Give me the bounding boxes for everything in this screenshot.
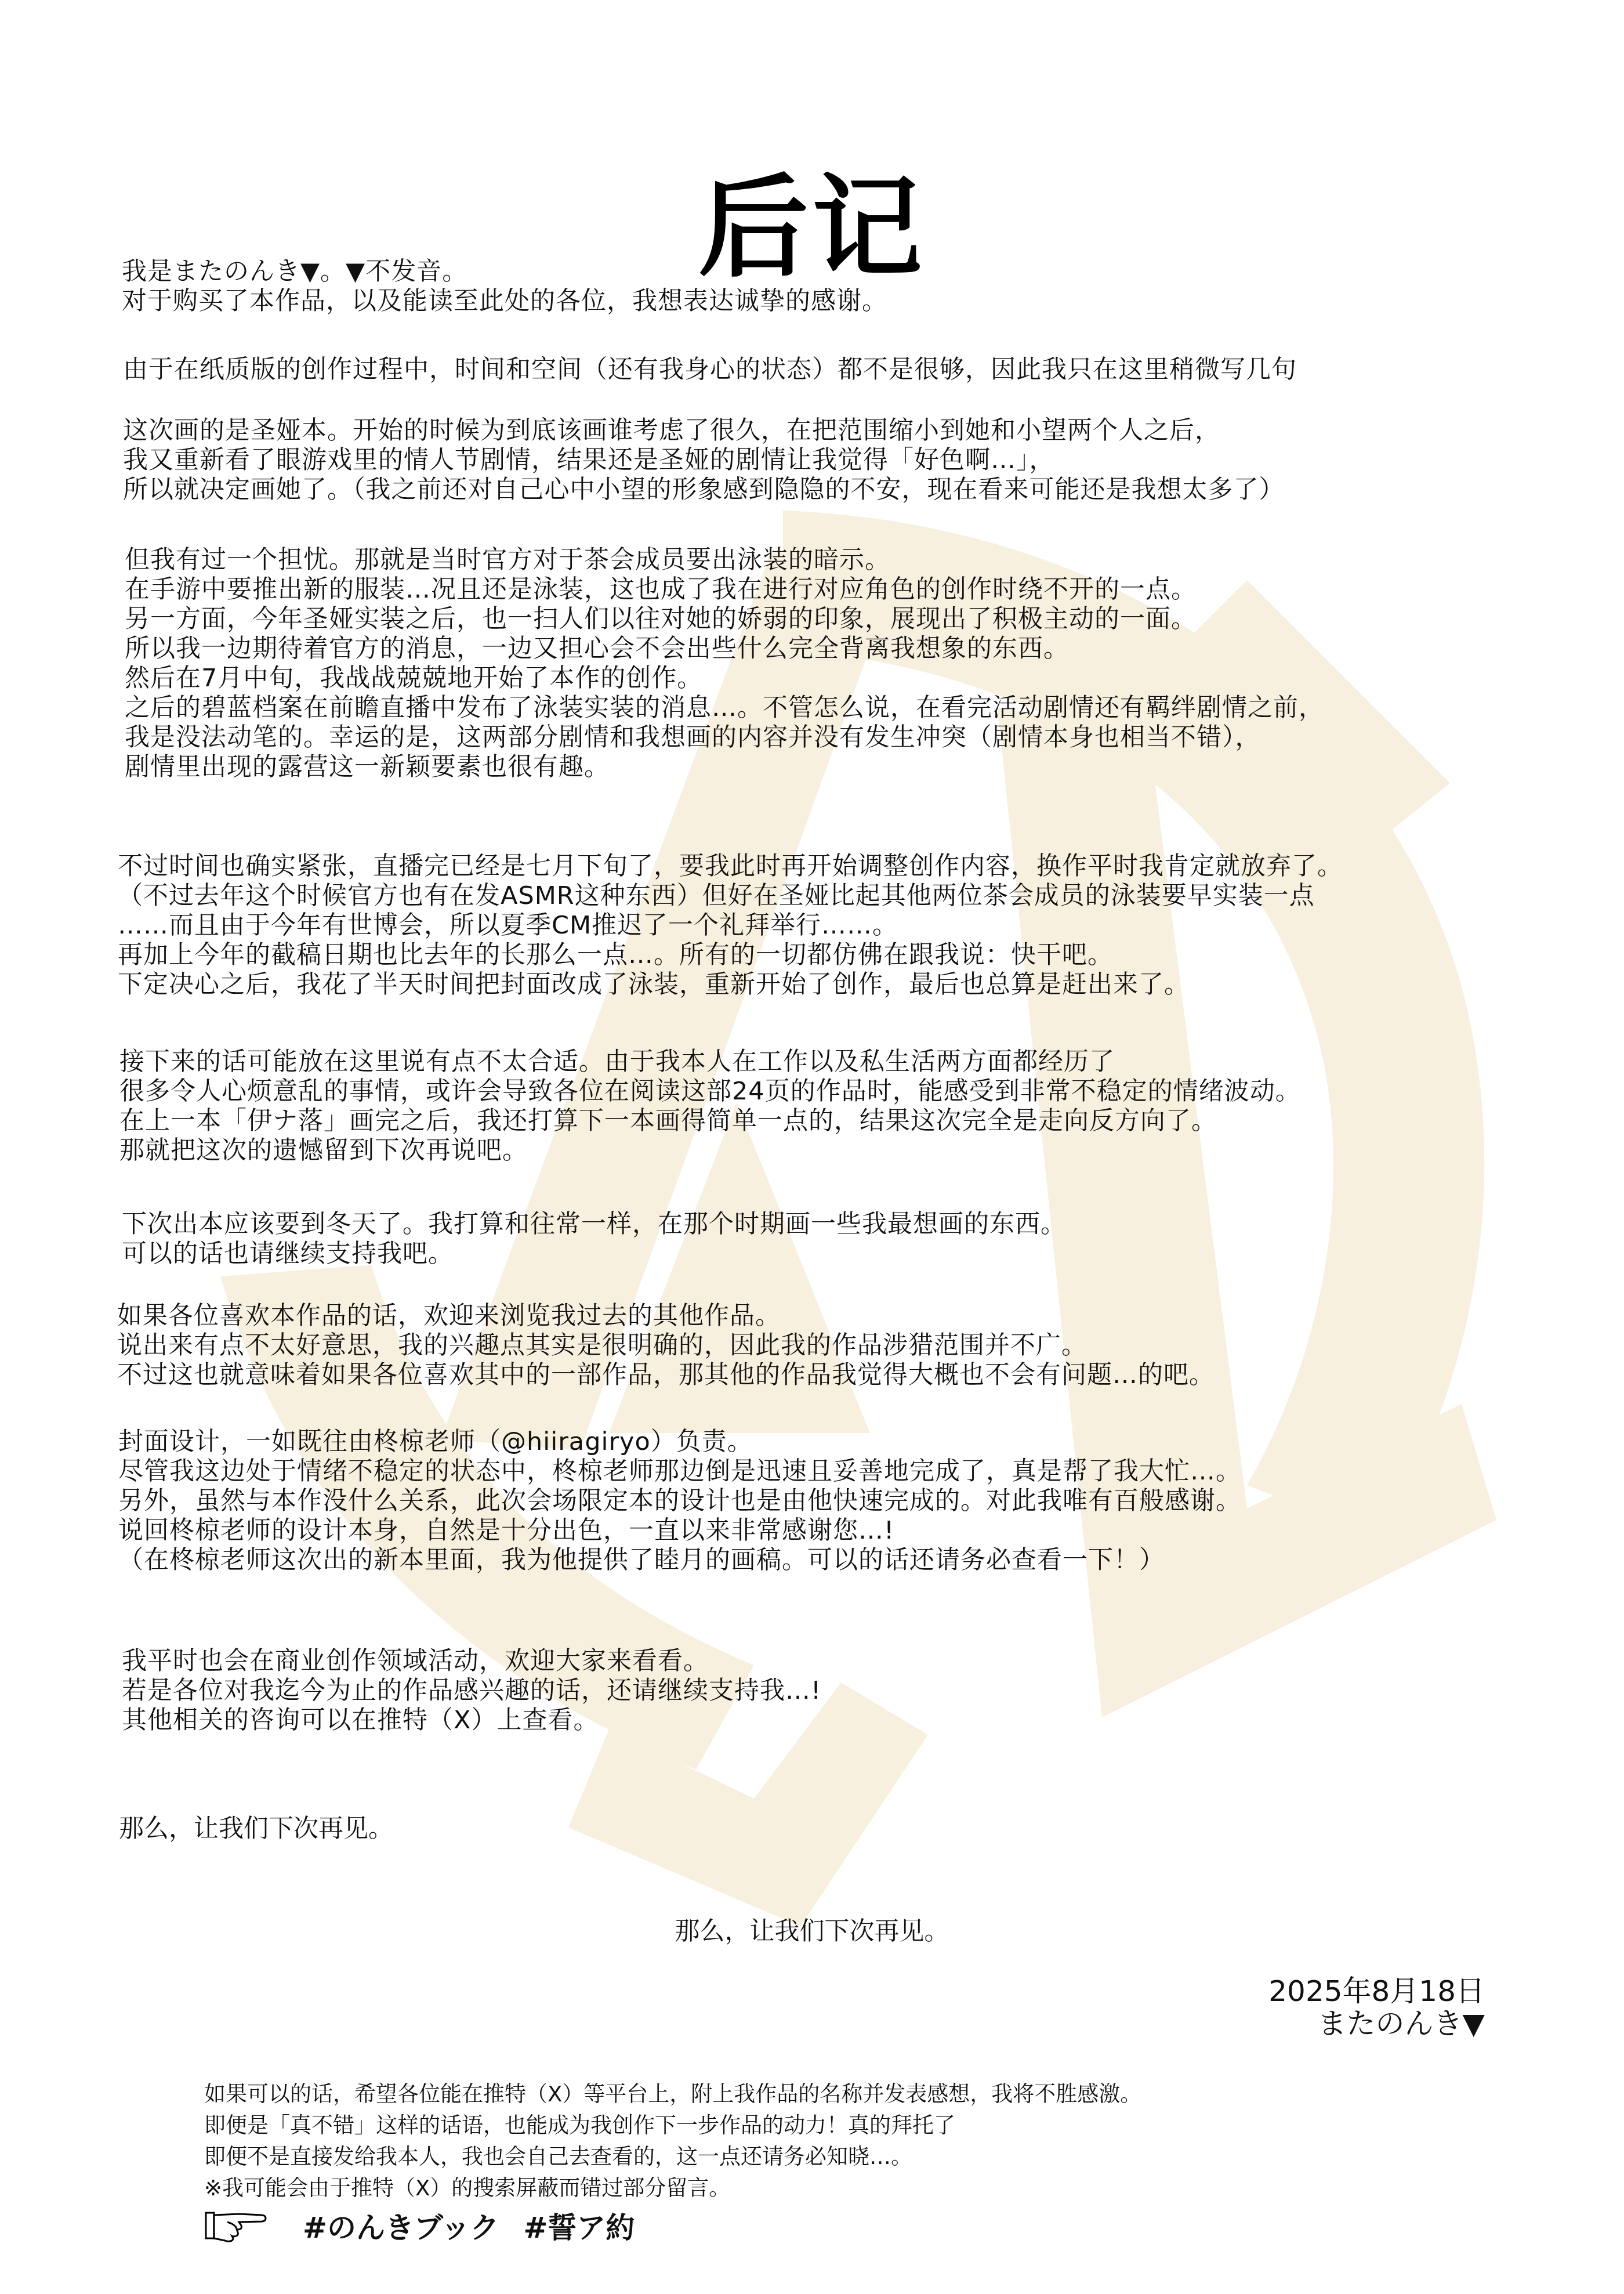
text-line: 说回柊椋老师的设计本身，自然是十分出色，一直以来非常感谢您…! bbox=[118, 1516, 1241, 1546]
text-line: 之后的碧蓝档案在前瞻直播中发布了泳装实装的消息…。不管怎么说，在看完活动剧情还有… bbox=[125, 693, 1324, 723]
text-line: 所以就决定画她了。（我之前还对自己心中小望的形象感到隐隐的不安，现在看来可能还是… bbox=[123, 475, 1285, 505]
text-line: 但我有过一个担忧。那就是当时官方对于茶会成员要出泳装的暗示。 bbox=[125, 545, 1324, 575]
text-line: 剧情里出现的露营这一新颖要素也很有趣。 bbox=[125, 752, 1324, 782]
text-line: ……而且由于今年有世博会，所以夏季CM推迟了一个礼拜举行……。 bbox=[118, 911, 1343, 940]
paragraph-intro: 我是またのんき▼。▼不发音。 对于购买了本作品，以及能读至此处的各位，我想表达诚… bbox=[122, 257, 887, 316]
text-line: 另外，虽然与本作没什么关系，此次会场限定本的设计也是由他快速完成的。对此我唯有百… bbox=[118, 1486, 1241, 1516]
paragraph-next-release: 下次出本应该要到冬天了。我打算和往常一样，在那个时期画一些我最想画的东西。 可以… bbox=[122, 1210, 1066, 1269]
text-line: 在上一本「伊ナ落」画完之后，我还打算下一本画得简单一点的，结果这次完全是走向反方… bbox=[119, 1106, 1301, 1136]
text-line: 所以我一边期待着官方的消息，一边又担心会不会出些什么完全背离我想象的东西。 bbox=[125, 634, 1324, 664]
paragraph-cover-design: 封面设计，一如既往由柊椋老师（@hiiragiryo）负责。 尽管我这边处于情绪… bbox=[118, 1427, 1241, 1575]
text-line: 由于在纸质版的创作过程中，时间和空间（还有我身心的状态）都不是很够，因此我只在这… bbox=[123, 355, 1297, 385]
text-line: 这次画的是圣娅本。开始的时候为到底该画谁考虑了很久，在把范围缩小到她和小望两个人… bbox=[123, 416, 1285, 446]
text-line: 然后在7月中旬，我战战兢兢地开始了本作的创作。 bbox=[125, 664, 1324, 693]
text-line: 尽管我这边处于情绪不稳定的状态中，柊椋老师那边倒是迅速且妥善地完成了，真是帮了我… bbox=[118, 1457, 1241, 1486]
text-line: 很多令人心烦意乱的事情，或许会导致各位在阅读这部24页的作品时，能感受到非常不稳… bbox=[119, 1077, 1301, 1106]
text-line: 下次出本应该要到冬天了。我打算和往常一样，在那个时期画一些我最想画的东西。 bbox=[122, 1210, 1066, 1239]
signature-date: 2025年8月18日 bbox=[1268, 1975, 1485, 2007]
text-line: 另一方面，今年圣娅实装之后，也一扫人们以往对她的娇弱的印象，展现出了积极主动的一… bbox=[125, 605, 1324, 634]
afterword-page: 后记 我是またのんき▼。▼不发音。 对于购买了本作品，以及能读至此处的各位，我想… bbox=[0, 0, 1624, 2294]
text-line: 如果各位喜欢本作品的话，欢迎来浏览我过去的其他作品。 bbox=[117, 1301, 1215, 1331]
text-line: 不过时间也确实紧张，直播完已经是七月下旬了，要我此时再开始调整创作内容，换作平时… bbox=[118, 852, 1343, 881]
text-line: 我平时也会在商业创作领域活动，欢迎大家来看看。 bbox=[122, 1647, 821, 1676]
paragraph-time-note: 由于在纸质版的创作过程中，时间和空间（还有我身心的状态）都不是很够，因此我只在这… bbox=[123, 355, 1297, 385]
paragraph-swimsuit-worry: 但我有过一个担忧。那就是当时官方对于茶会成员要出泳装的暗示。 在手游中要推出新的… bbox=[125, 545, 1324, 782]
paragraph-past-works: 如果各位喜欢本作品的话，欢迎来浏览我过去的其他作品。 说出来有点不太好意思，我的… bbox=[117, 1301, 1215, 1390]
text-line: 那就把这次的遗憾留到下次再说吧。 bbox=[119, 1136, 1301, 1166]
closing-line-center: 那么，让我们下次再见。 bbox=[0, 1912, 1624, 1947]
hashtag-row: #のんきブック #誓ア約 bbox=[204, 2205, 659, 2246]
note-line: 即便不是直接发给我本人，我也会自己去查看的，这一点还请务必知晓…。 bbox=[204, 2141, 1141, 2173]
note-line: 即便是「真不错」这样的话语，也能成为我创作下一步作品的动力！真的拜托了 bbox=[204, 2110, 1141, 2141]
paragraph-commercial: 我平时也会在商业创作领域活动，欢迎大家来看看。 若是各位对我迄今为止的作品感兴趣… bbox=[122, 1647, 821, 1735]
closing-line-left: 那么，让我们下次再见。 bbox=[119, 1809, 393, 1844]
text-line: 可以的话也请继续支持我吧。 bbox=[122, 1239, 1066, 1269]
pointing-hand-icon bbox=[204, 2208, 268, 2243]
text-line: 我是またのんき▼。▼不发音。 bbox=[122, 257, 887, 287]
text-line: 我是没法动笔的。幸运的是，这两部分剧情和我想画的内容并没有发生冲突（剧情本身也相… bbox=[125, 723, 1324, 752]
text-line: 再加上今年的截稿日期也比去年的长那么一点…。所有的一切都仿佛在跟我说：快干吧。 bbox=[118, 940, 1343, 970]
footer-note: 如果可以的话，希望各位能在推特（X）等平台上，附上我作品的名称并发表感想，我将不… bbox=[204, 2079, 1141, 2204]
text-line: 对于购买了本作品，以及能读至此处的各位，我想表达诚挚的感谢。 bbox=[122, 287, 887, 316]
paragraph-personal: 接下来的话可能放在这里说有点不太合适。由于我本人在工作以及私生活两方面都经历了 … bbox=[119, 1047, 1301, 1166]
text-line: 封面设计，一如既往由柊椋老师（@hiiragiryo）负责。 bbox=[118, 1427, 1241, 1457]
text-line: （在柊椋老师这次出的新本里面，我为他提供了睦月的画稿。可以的话还请务必查看一下！… bbox=[118, 1546, 1241, 1575]
text-line: 若是各位对我迄今为止的作品感兴趣的话，还请继续支持我…! bbox=[122, 1676, 821, 1706]
text-line: 说出来有点不太好意思，我的兴趣点其实是很明确的，因此我的作品涉猎范围并不广。 bbox=[117, 1331, 1215, 1361]
hashtag-nonki-book[interactable]: #のんきブック bbox=[303, 2205, 499, 2246]
note-line: 如果可以的话，希望各位能在推特（X）等平台上，附上我作品的名称并发表感想，我将不… bbox=[204, 2079, 1141, 2110]
paragraph-character-choice: 这次画的是圣娅本。开始的时候为到底该画谁考虑了很久，在把范围缩小到她和小望两个人… bbox=[123, 416, 1285, 505]
hashtag-pledge[interactable]: #誓ア約 bbox=[523, 2205, 635, 2246]
text-line: 不过这也就意味着如果各位喜欢其中的一部作品，那其他的作品我觉得大概也不会有问题…… bbox=[117, 1361, 1215, 1390]
text-line: （不过去年这个时候官方也有在发ASMR这种东西）但好在圣娅比起其他两位茶会成员的… bbox=[118, 881, 1343, 911]
text-line: 下定决心之后，我花了半天时间把封面改成了泳装，重新开始了创作，最后也总算是赶出来… bbox=[118, 970, 1343, 1000]
signature-block: 2025年8月18日 またのんき▼ bbox=[1268, 1975, 1485, 2040]
paragraph-schedule: 不过时间也确实紧张，直播完已经是七月下旬了，要我此时再开始调整创作内容，换作平时… bbox=[118, 852, 1343, 1000]
text-line: 接下来的话可能放在这里说有点不太合适。由于我本人在工作以及私生活两方面都经历了 bbox=[119, 1047, 1301, 1077]
text-line: 在手游中要推出新的服装…况且还是泳装，这也成了我在进行对应角色的创作时绕不开的一… bbox=[125, 575, 1324, 605]
text-line: 其他相关的咨询可以在推特（X）上查看。 bbox=[122, 1706, 821, 1735]
note-line: ※我可能会由于推特（X）的搜索屏蔽而错过部分留言。 bbox=[204, 2173, 1141, 2204]
signature-author: またのんき▼ bbox=[1268, 2007, 1485, 2040]
text-line: 我又重新看了眼游戏里的情人节剧情，结果还是圣娅的剧情让我觉得「好色啊…」， bbox=[123, 446, 1285, 475]
